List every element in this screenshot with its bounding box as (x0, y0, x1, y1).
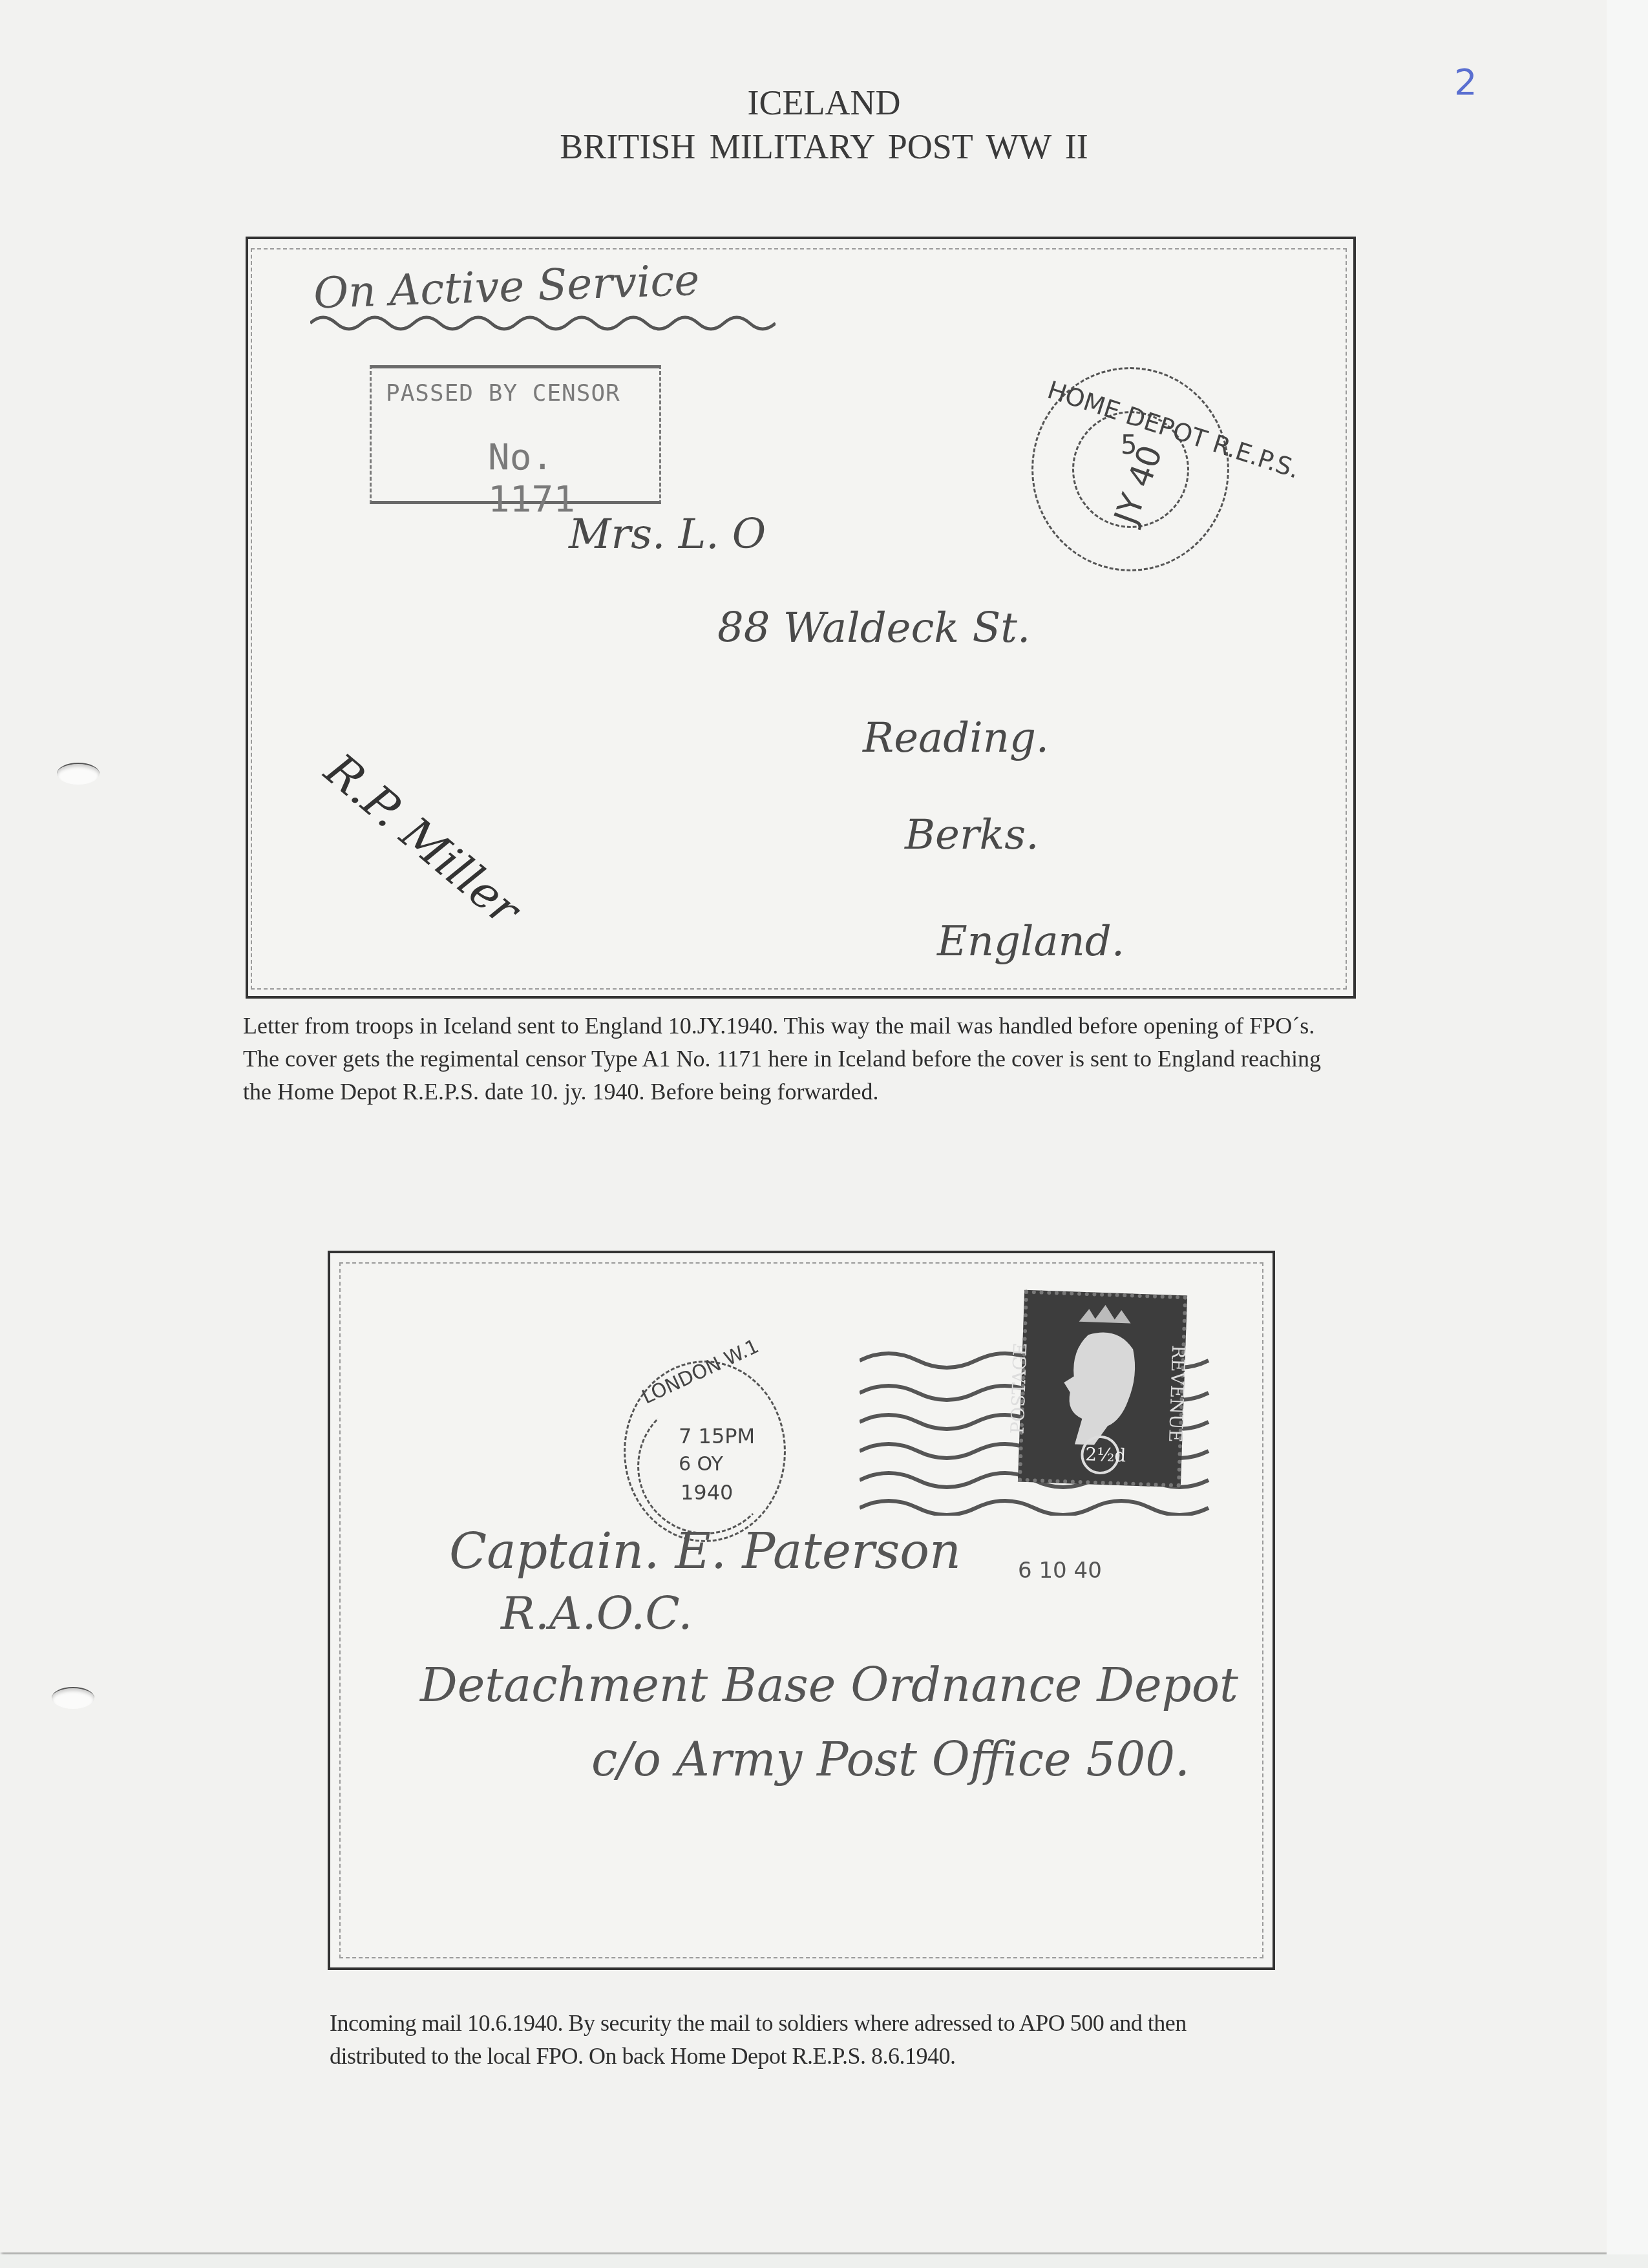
scan-margin-right (1607, 0, 1648, 2268)
stamp-left-text: POSTAGE (1007, 1342, 1031, 1434)
cover-2-caption: Incoming mail 10.6.1940. By security the… (330, 2007, 1280, 2073)
pencil-date-note: 6 10 40 (1018, 1558, 1102, 1584)
scan-margin-bottom (0, 2254, 1648, 2268)
address-line-4: Berks. (905, 811, 1039, 859)
stamp-right-text: REVENUE (1165, 1345, 1189, 1443)
london-postmark: LONDON W.1 7 15PM 6 OY 1940 (624, 1361, 786, 1542)
recipient-line-4: c/o Army Post Office 500. (591, 1732, 1190, 1786)
postmark-year: 1940 (681, 1480, 733, 1505)
page-subtitle: BRITISH MILITARY POST WW II (0, 127, 1648, 167)
censor-handstamp: PASSED BY CENSOR No. 1171 (370, 365, 661, 504)
recipient-line-1: Captain. E. Paterson (449, 1522, 961, 1580)
address-line-3: Reading. (863, 714, 1049, 762)
recipient-line-2: R.A.O.C. (501, 1587, 693, 1640)
address-line-5: England. (937, 918, 1125, 966)
censor-number: No. 1171 (488, 436, 659, 520)
punch-hole-lower (52, 1687, 94, 1709)
address-line-2: 88 Waldeck St. (717, 604, 1030, 652)
page-title: ICELAND (0, 83, 1648, 123)
censor-line-1: PASSED BY CENSOR (386, 380, 620, 407)
postmark-day-month: 6 OY (679, 1453, 723, 1476)
punch-hole-upper (57, 763, 100, 785)
home-depot-postmark: HOME DEPOT R.E.P.S. 5 JY 40 (1031, 367, 1229, 571)
stamp-value: 2½d (1085, 1443, 1126, 1466)
recipient-line-3: Detachment Base Ordnance Depot (420, 1658, 1238, 1712)
postage-stamp: POSTAGE REVENUE 2½d (1018, 1290, 1187, 1488)
cover-1-caption: Letter from troops in Iceland sent to En… (243, 1010, 1355, 1108)
postmark-time: 7 15PM (679, 1424, 755, 1448)
endorsement-underline (310, 307, 776, 339)
address-line-1: Mrs. L. O (569, 511, 766, 558)
